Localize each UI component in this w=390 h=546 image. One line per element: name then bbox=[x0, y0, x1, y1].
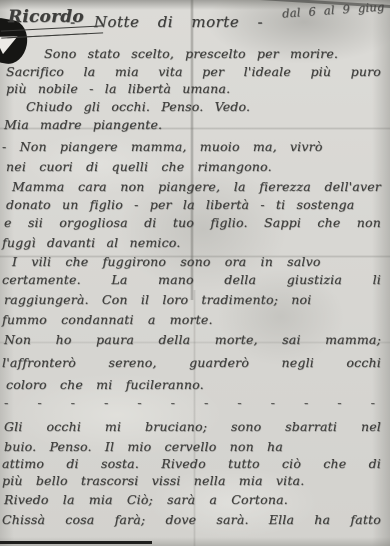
letter-heading: - Notte di morte - bbox=[70, 13, 263, 31]
handwritten-line: Non ho paura della morte, sai mamma; bbox=[4, 332, 381, 348]
handwritten-line: certamente. La mano della giustizia li bbox=[2, 272, 381, 288]
handwritten-line: più bello trascorsi vissi nella mia vita… bbox=[2, 473, 304, 489]
handwritten-line: fummo condannati a morte. bbox=[2, 312, 213, 328]
handwritten-line: attimo di sosta. Rivedo tutto ciò che di bbox=[2, 456, 381, 472]
handwritten-line: Mamma cara non piangere, la fierezza del… bbox=[12, 179, 381, 195]
handwritten-line: l'affronterò sereno, guarderò negli occh… bbox=[2, 355, 381, 371]
handwritten-line: Sono stato scelto, prescelto per morire. bbox=[44, 46, 338, 62]
handwritten-line: Chiudo gli occhi. Penso. Vedo. bbox=[26, 99, 250, 115]
handwritten-line: Sacrifico la mia vita per l'ideale più p… bbox=[6, 64, 381, 80]
handwritten-line: Mia madre piangente. bbox=[4, 117, 162, 133]
handwritten-line: fuggì davanti al nemico. bbox=[2, 235, 180, 251]
handwritten-line: donato un figlio - per la libertà - ti s… bbox=[6, 197, 354, 213]
dashed-separator: - - - - - - - - - - - - bbox=[4, 396, 384, 412]
handwritten-line: e sii orgogliosa di tuo figlio. Sappi ch… bbox=[4, 215, 381, 231]
handwritten-line: coloro che mi fucileranno. bbox=[6, 377, 204, 393]
handwritten-line: Rivedo la mia Ciò; sarà a Cortona. bbox=[4, 492, 288, 508]
scan-edge-bottom-line bbox=[0, 541, 152, 544]
scanned-letter-photo: Ricordo - Notte di morte - dal 6 al 9 gi… bbox=[0, 0, 390, 546]
handwritten-line: buio. Penso. Il mio cervello non ha bbox=[4, 439, 283, 455]
handwritten-line: più nobile - la libertà umana. bbox=[6, 81, 230, 97]
handwritten-line: Gli occhi mi bruciano; sono sbarrati nel bbox=[4, 419, 381, 435]
handwritten-line: - Non piangere mamma, muoio ma, vivrò bbox=[2, 139, 323, 155]
handwritten-line: Chissà cosa farà; dove sarà. Ella ha fat… bbox=[2, 512, 381, 528]
handwritten-line: nei cuori di quelli che rimangono. bbox=[6, 159, 272, 175]
handwritten-line: I vili che fuggirono sono ora in salvo bbox=[12, 254, 321, 270]
handwritten-line: raggiungerà. Con il loro tradimento; noi bbox=[4, 292, 311, 308]
